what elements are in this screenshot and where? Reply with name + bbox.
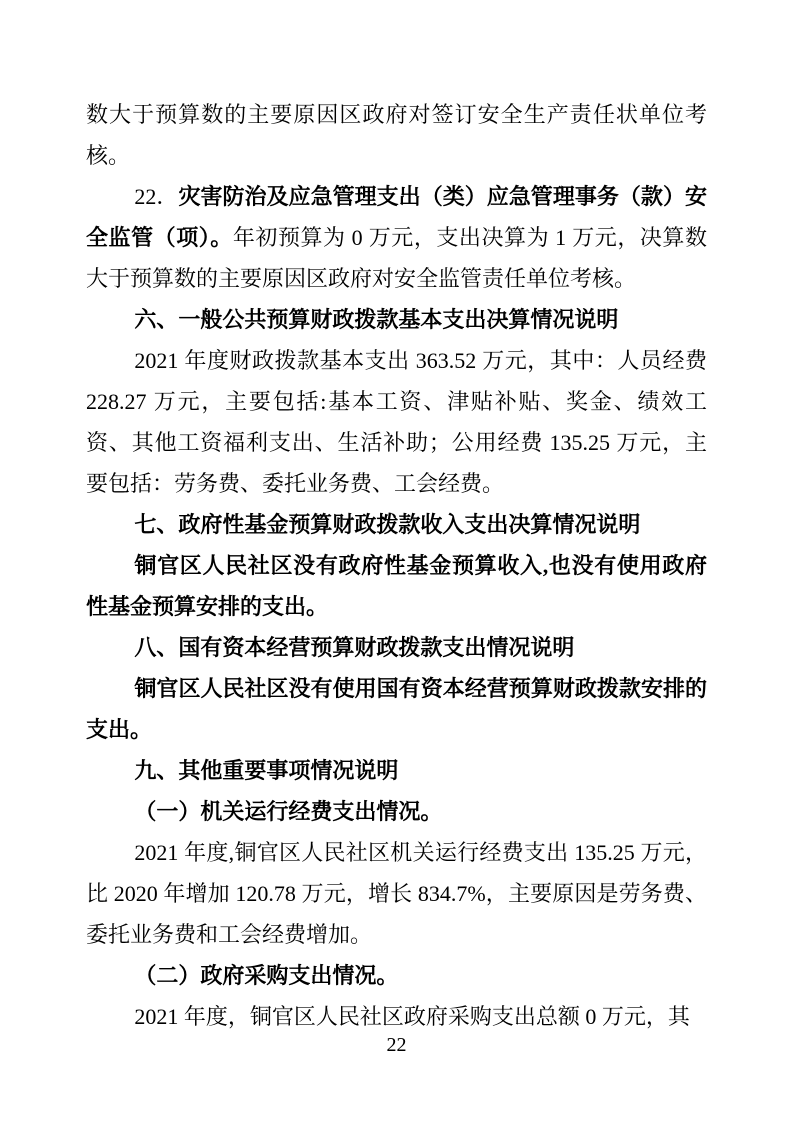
heading-section-9: 九、其他重要事项情况说明	[86, 750, 707, 791]
paragraph-text: 数大于预算数的主要原因区政府对签订安全生产责任状单位考核。	[86, 102, 707, 168]
heading-text: 六、一般公共预算财政拨款基本支出决算情况说明	[134, 307, 618, 332]
paragraph-procurement: 2021 年度，铜官区人民社区政府采购支出总额 0 万元，其	[86, 996, 707, 1037]
paragraph-continuation: 数大于预算数的主要原因区政府对签订安全生产责任状单位考核。	[86, 94, 707, 176]
paragraph-gov-fund-statement: 铜官区人民社区没有政府性基金预算收入,也没有使用政府性基金预算安排的支出。	[86, 545, 707, 627]
paragraph-text: 2021 年度,铜官区人民社区机关运行经费支出 135.25 万元，比 2020…	[86, 840, 707, 947]
heading-text: （二）政府采购支出情况。	[134, 963, 398, 988]
document-page: 数大于预算数的主要原因区政府对签订安全生产责任状单位考核。 22．灾害防治及应急…	[0, 0, 793, 1122]
paragraph-text: 22．	[134, 184, 178, 209]
paragraph-state-capital-statement: 铜官区人民社区没有使用国有资本经营预算财政拨款安排的支出。	[86, 668, 707, 750]
heading-text: 九、其他重要事项情况说明	[134, 758, 398, 783]
heading-subsection-2: （二）政府采购支出情况。	[86, 955, 707, 996]
paragraph-basic-expenditure: 2021 年度财政拨款基本支出 363.52 万元，其中：人员经费 228.27…	[86, 340, 707, 504]
page-number: 22	[0, 1032, 793, 1058]
heading-subsection-1: （一）机关运行经费支出情况。	[86, 791, 707, 832]
heading-section-8: 八、国有资本经营预算财政拨款支出情况说明	[86, 627, 707, 668]
paragraph-operating-costs: 2021 年度,铜官区人民社区机关运行经费支出 135.25 万元，比 2020…	[86, 832, 707, 955]
document-body: 数大于预算数的主要原因区政府对签订安全生产责任状单位考核。 22．灾害防治及应急…	[86, 94, 707, 1037]
heading-text: 八、国有资本经营预算财政拨款支出情况说明	[134, 635, 574, 660]
heading-text: 七、政府性基金预算财政拨款收入支出决算情况说明	[134, 512, 640, 537]
paragraph-text: 2021 年度财政拨款基本支出 363.52 万元，其中：人员经费 228.27…	[86, 348, 707, 496]
paragraph-text: 铜官区人民社区没有使用国有资本经营预算财政拨款安排的支出。	[86, 676, 707, 742]
heading-section-7: 七、政府性基金预算财政拨款收入支出决算情况说明	[86, 504, 707, 545]
heading-text: （一）机关运行经费支出情况。	[134, 799, 442, 824]
paragraph-text: 铜官区人民社区没有政府性基金预算收入,也没有使用政府性基金预算安排的支出。	[86, 553, 707, 619]
heading-section-6: 六、一般公共预算财政拨款基本支出决算情况说明	[86, 299, 707, 340]
paragraph-text: 2021 年度，铜官区人民社区政府采购支出总额 0 万元，其	[134, 1004, 690, 1029]
paragraph-item-22: 22．灾害防治及应急管理支出（类）应急管理事务（款）安全监管（项）。年初预算为 …	[86, 176, 707, 299]
